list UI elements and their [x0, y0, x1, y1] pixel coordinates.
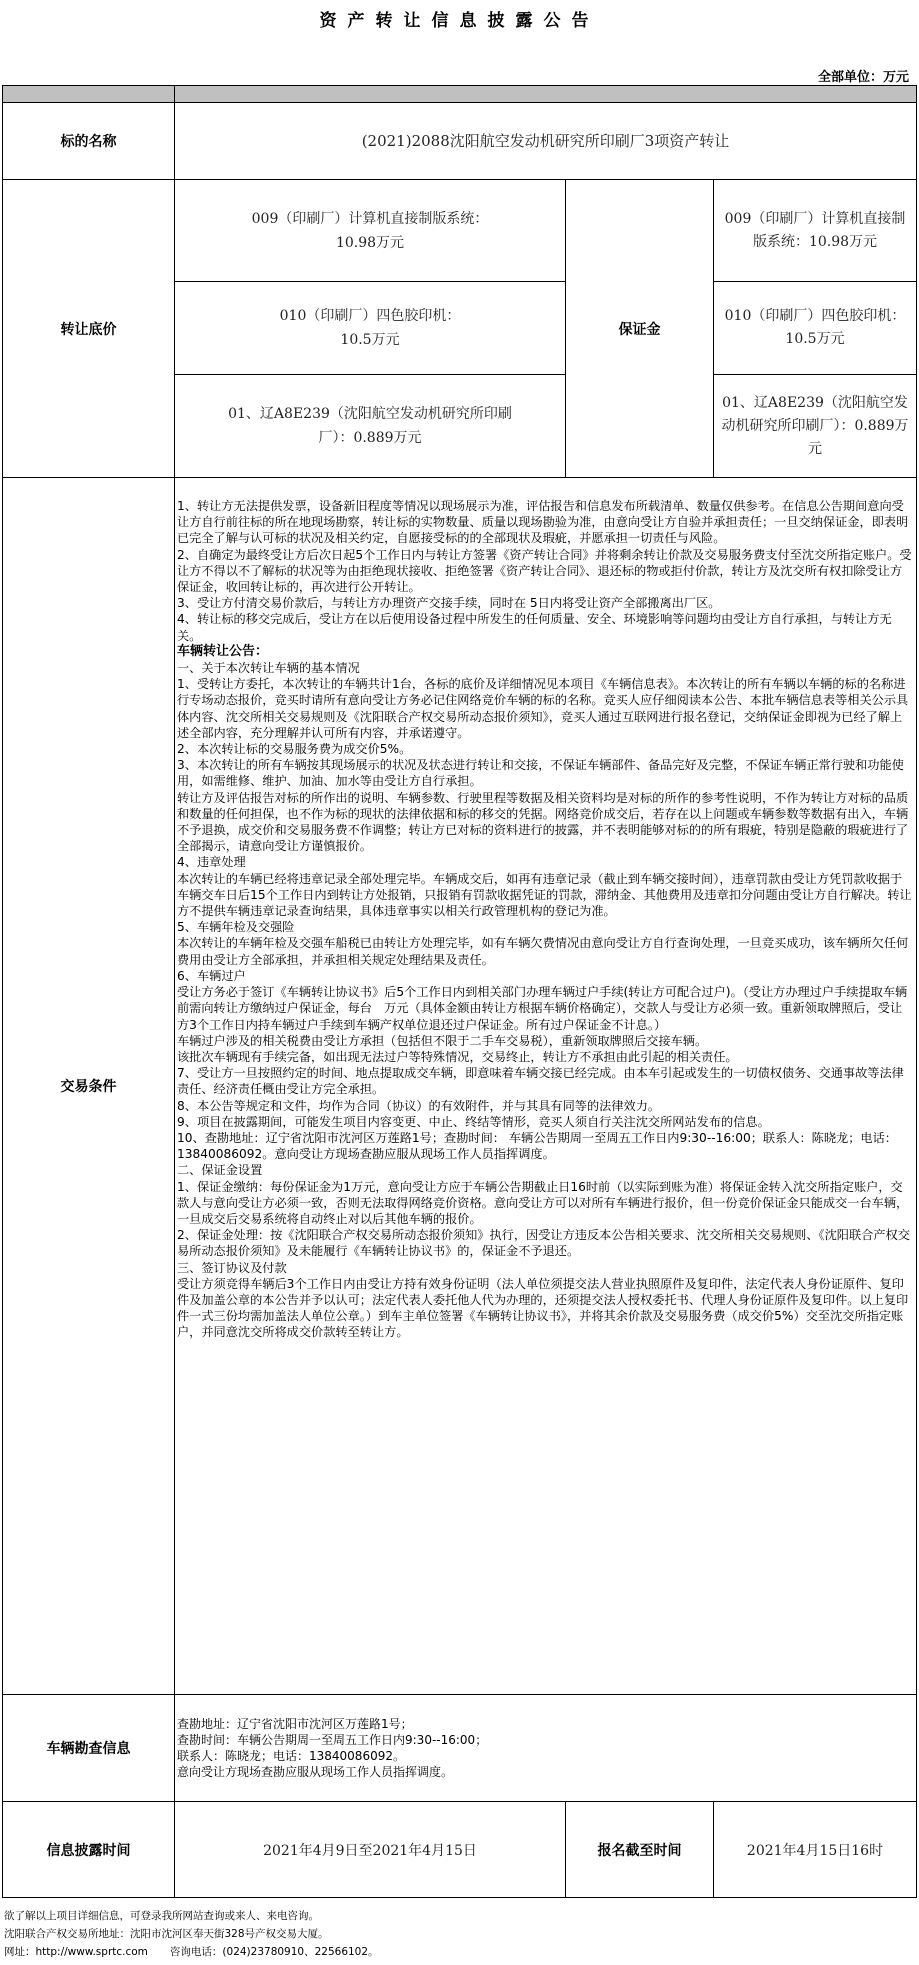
disclosure-label: 信息披露时间	[3, 1802, 175, 1898]
disclosure-period: 2021年4月9日至2021年4月15日	[175, 1802, 566, 1898]
vehicle-paragraph: 4、违章处理	[177, 854, 912, 870]
conditions-row: 交易条件 1、转让方无法提供发票，设备新旧程度等情况以现场展示为准，评估报告和信…	[3, 478, 917, 1695]
vehicle-paragraph: 车辆过户涉及的相关税费由受让方承担（包括但不限于二手车交易税），重新领取牌照后交…	[177, 1033, 912, 1049]
inspection-contact: 联系人：陈晓龙；电话：13840086092。	[177, 1748, 914, 1764]
reserve-price-item-3-name: 01、辽A8E239（沈阳航空发动机研究所印刷	[175, 402, 565, 426]
page-title: 资产转让信息披露公告	[0, 6, 919, 31]
deadline-value: 2021年4月15日16时	[714, 1802, 917, 1898]
vehicle-paragraph: 8、本公告等规定和文件，均作为合同（协议）的有效附件，并与其具有同等的法律效力。	[177, 1098, 912, 1114]
condition-paragraph: 4、转让标的移交完成后，受让方在以后使用设备过程中所发生的任何质量、安全、环境影…	[177, 611, 912, 643]
subject-row: 标的名称 (2021)2088沈阳航空发动机研究所印刷厂3项资产转让	[3, 103, 917, 180]
vehicle-paragraph: 一、关于本次转让车辆的基本情况	[177, 660, 912, 676]
vehicle-paragraph: 受让方须竞得车辆后3个工作日内由受让方持有效身份证明（法人单位须提交法人营业执照…	[177, 1276, 912, 1341]
vehicle-paragraph: 1、受转让方委托，本次转让的车辆共计1台，各标的底价及详细情况见本项目《车辆信息…	[177, 676, 912, 741]
reserve-price-item-1-amount: 10.98万元	[175, 231, 565, 255]
reserve-price-item-1-name: 009（印刷厂）计算机直接制版系统：	[175, 207, 565, 231]
unit-note: 全部单位：万元	[818, 66, 909, 85]
condition-paragraph: 2、自确定为最终受让方后次日起5个工作日内与转让方签署《资产转让合同》并将剩余转…	[177, 547, 912, 596]
disclosure-row: 信息披露时间 2021年4月9日至2021年4月15日 报名截至时间 2021年…	[3, 1802, 917, 1898]
vehicle-paragraph: 5、车辆年检及交强险	[177, 919, 912, 935]
footer-contact: 网址：http://www.sprtc.com咨询电话：(024)2378091…	[4, 1943, 379, 1961]
condition-paragraph: 1、转让方无法提供发票，设备新旧程度等情况以现场展示为准，评估报告和信息发布所载…	[177, 498, 912, 547]
vehicle-paragraph: 本次转让的车辆已经将违章记录全部处理完毕。车辆成交后，如再有违章记录（截止到车辆…	[177, 871, 912, 920]
inspection-time: 查勘时间：车辆公告期周一至周五工作日内9:30--16:00；	[177, 1732, 914, 1748]
website-link[interactable]: http://www.sprtc.com	[36, 1946, 148, 1958]
vehicle-paragraph: 3、本次转让的所有车辆按其现场展示的状况及状态进行转让和交接，不保证车辆部件、备…	[177, 757, 912, 789]
phone-numbers: (024)23780910、22566102。	[222, 1946, 378, 1958]
reserve-price-item-3: 01、辽A8E239（沈阳航空发动机研究所印刷 厂）：0.889万元	[175, 375, 566, 478]
vehicle-paragraph: 二、保证金设置	[177, 1162, 912, 1178]
subject-label: 标的名称	[3, 103, 175, 180]
deposit-label: 保证金	[566, 180, 714, 478]
vehicle-paragraph: 三、签订协议及付款	[177, 1260, 912, 1276]
vehicle-paragraph: 本次转让的车辆年检及交强车船税已由转让方处理完毕，如有车辆欠费情况由意向受让方自…	[177, 935, 912, 967]
vehicle-paragraph: 10、查勘地址：辽宁省沈阳市沈河区万莲路1号；查勘时间： 车辆公告期周一至周五工…	[177, 1130, 912, 1162]
footer: 欲了解以上项目详细信息，可登录我所网站查询或来人、来电咨询。 沈阳联合产权交易所…	[4, 1907, 379, 1961]
conditions-content: 1、转让方无法提供发票，设备新旧程度等情况以现场展示为准，评估报告和信息发布所载…	[175, 478, 917, 1695]
disclosure-table: 标的名称 (2021)2088沈阳航空发动机研究所印刷厂3项资产转让 转让底价 …	[2, 85, 917, 1898]
inspection-label: 车辆勘查信息	[3, 1695, 175, 1802]
reserve-price-label: 转让底价	[3, 180, 175, 478]
phone-label: 咨询电话：	[170, 1946, 223, 1958]
inspection-address: 查勘地址：辽宁省沈阳市沈河区万莲路1号；	[177, 1716, 914, 1732]
header-cell-left	[3, 86, 175, 103]
vehicle-paragraph: 7、受让方一旦按照约定的时间、地点提取成交车辆，即意味着车辆交接已经完成。由本车…	[177, 1065, 912, 1097]
price-row-1: 转让底价 009（印刷厂）计算机直接制版系统： 10.98万元 保证金 009（…	[3, 180, 917, 282]
inspection-content: 查勘地址：辽宁省沈阳市沈河区万莲路1号； 查勘时间：车辆公告期周一至周五工作日内…	[175, 1695, 917, 1802]
vehicle-paragraph: 6、车辆过户	[177, 968, 912, 984]
deposit-item-1: 009（印刷厂）计算机直接制版系统：10.98万元	[714, 180, 917, 282]
footer-info: 欲了解以上项目详细信息，可登录我所网站查询或来人、来电咨询。	[4, 1907, 379, 1925]
subject-value: (2021)2088沈阳航空发动机研究所印刷厂3项资产转让	[175, 103, 917, 180]
conditions-label: 交易条件	[3, 478, 175, 1695]
vehicle-paragraph: 转让方及评估报告对标的所作出的说明、车辆参数、行驶里程等数据及相关资料均是对标的…	[177, 790, 912, 855]
vehicle-notice-heading: 车辆转让公告：	[177, 644, 912, 660]
reserve-price-item-2-name: 010（印刷厂）四色胶印机：	[175, 304, 565, 328]
vehicle-paragraph: 2、保证金处理：按《沈阳联合产权交易所动态报价须知》执行，因受让方违反本公告相关…	[177, 1227, 912, 1259]
header-cell-right	[175, 86, 917, 103]
vehicle-paragraph: 受让方务必于签订《车辆转让协议书》后5个工作日内到相关部门办理车辆过户手续(转让…	[177, 984, 912, 1033]
condition-paragraph: 3、受让方付清交易价款后，与转让方办理资产交接手续，同时在 5日内将受让资产全部…	[177, 595, 912, 611]
reserve-price-item-3-amount: 厂）：0.889万元	[175, 426, 565, 450]
reserve-price-item-2: 010（印刷厂）四色胶印机： 10.5万元	[175, 282, 566, 375]
deposit-item-3: 01、辽A8E239（沈阳航空发动机研究所印刷厂）：0.889万元	[714, 375, 917, 478]
reserve-price-item-1: 009（印刷厂）计算机直接制版系统： 10.98万元	[175, 180, 566, 282]
vehicle-paragraph: 1、保证金缴纳：每份保证金为1万元，意向受让方应于车辆公告期截止日16时前（以实…	[177, 1179, 912, 1228]
deadline-label: 报名截至时间	[566, 1802, 714, 1898]
footer-address: 沈阳联合产权交易所地址：沈阳市沈河区奉天街328号产权交易大厦。	[4, 1925, 379, 1943]
inspection-note: 意向受让方现场查勘应服从现场工作人员指挥调度。	[177, 1764, 914, 1780]
vehicle-paragraph: 9、项目在披露期间，可能发生项目内容变更、中止、终结等情形，竞买人须自行关注沈交…	[177, 1114, 912, 1130]
website-label: 网址：	[4, 1946, 36, 1958]
vehicle-paragraph: 2、本次转让标的交易服务费为成交价5%。	[177, 741, 912, 757]
header-row	[3, 86, 917, 103]
inspection-row: 车辆勘查信息 查勘地址：辽宁省沈阳市沈河区万莲路1号； 查勘时间：车辆公告期周一…	[3, 1695, 917, 1802]
reserve-price-item-2-amount: 10.5万元	[175, 328, 565, 352]
vehicle-paragraph: 该批次车辆现有手续完备，如出现无法过户等特殊情况，交易终止，转让方不承担由此引起…	[177, 1049, 912, 1065]
deposit-item-2: 010（印刷厂）四色胶印机：10.5万元	[714, 282, 917, 375]
